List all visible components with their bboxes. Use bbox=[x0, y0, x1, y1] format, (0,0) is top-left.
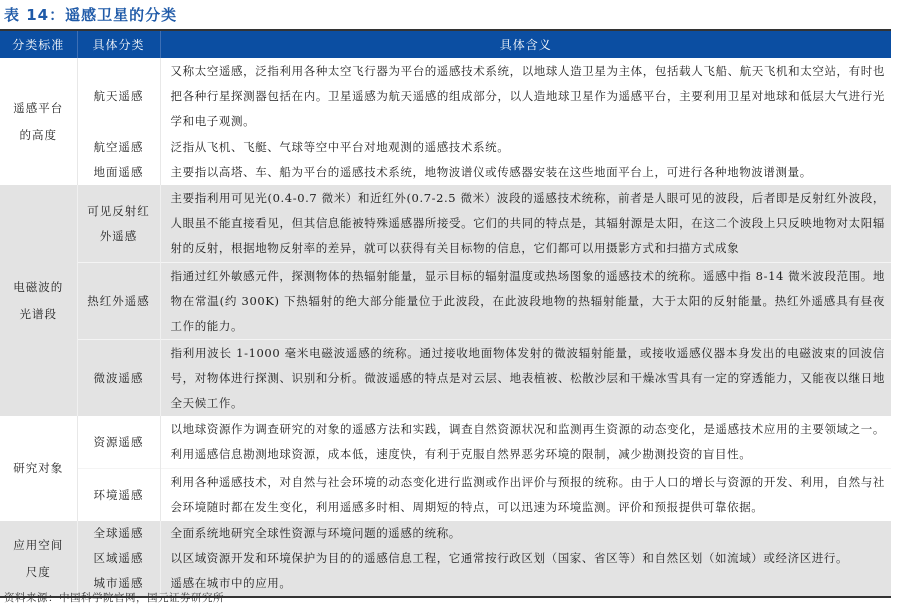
header-specific-meaning: 具体含义 bbox=[160, 31, 891, 58]
remote-sensing-classification-table: 分类标准 具体分类 具体含义 遥感平台 的高度 航天遥感 又称太空遥感，泛指利用… bbox=[0, 31, 891, 596]
definition-cell: 以区域资源开发和环境保护为目的的遥感信息工程，它通常按行政区划（国家、省区等）和… bbox=[160, 546, 891, 571]
category-label-line: 外遥感 bbox=[100, 224, 138, 249]
category-cell: 全球遥感 bbox=[77, 521, 160, 546]
table-row: 热红外遥感 指通过红外敏感元件，探测物体的热辐射能量，显示目标的辐射温度或热场图… bbox=[0, 263, 891, 340]
table-row: 地面遥感 主要指以高塔、车、船为平台的遥感技术系统，地物波谱仪或传感器安装在这些… bbox=[0, 160, 891, 185]
header-specific-category: 具体分类 bbox=[77, 31, 160, 58]
category-cell: 航天遥感 bbox=[77, 58, 160, 135]
table-row: 微波遥感 指利用波长 1-1000 毫米电磁波遥感的统称。通过接收地面物体发射的… bbox=[0, 340, 891, 417]
category-cell: 区域遥感 bbox=[77, 546, 160, 571]
table-row: 遥感平台 的高度 航天遥感 又称太空遥感，泛指利用各种太空飞行器为平台的遥感技术… bbox=[0, 58, 891, 135]
definition-cell: 主要指利用可见光(0.4-0.7 微米）和近红外(0.7-2.5 微米）波段的遥… bbox=[160, 185, 891, 263]
definition-cell: 遥感在城市中的应用。 bbox=[160, 571, 891, 596]
standard-cell: 研究对象 bbox=[0, 416, 77, 521]
definition-cell: 全面系统地研究全球性资源与环境问题的遥感的统称。 bbox=[160, 521, 891, 546]
header-classification-standard: 分类标准 bbox=[0, 31, 77, 58]
category-cell: 航空遥感 bbox=[77, 135, 160, 160]
classification-table-container: 分类标准 具体分类 具体含义 遥感平台 的高度 航天遥感 又称太空遥感，泛指利用… bbox=[0, 29, 891, 598]
definition-cell: 指通过红外敏感元件，探测物体的热辐射能量，显示目标的辐射温度或热场图象的遥感技术… bbox=[160, 263, 891, 340]
definition-cell: 又称太空遥感，泛指利用各种太空飞行器为平台的遥感技术系统，以地球人造卫星为主体，… bbox=[160, 58, 891, 135]
table-title: 表 14：遥感卫星的分类 bbox=[4, 4, 177, 26]
table-row: 区域遥感 以区域资源开发和环境保护为目的的遥感信息工程，它通常按行政区划（国家、… bbox=[0, 546, 891, 571]
standard-label-line: 应用空间 bbox=[13, 532, 63, 559]
table-header-row: 分类标准 具体分类 具体含义 bbox=[0, 31, 891, 58]
definition-cell: 指利用波长 1-1000 毫米电磁波遥感的统称。通过接收地面物体发射的微波辐射能… bbox=[160, 340, 891, 417]
table-row: 航空遥感 泛指从飞机、飞艇、气球等空中平台对地观测的遥感技术系统。 bbox=[0, 135, 891, 160]
table-row: 环境遥感 利用各种遥感技术，对自然与社会环境的动态变化进行监测或作出评价与预报的… bbox=[0, 469, 891, 522]
category-cell: 地面遥感 bbox=[77, 160, 160, 185]
standard-label-line: 光谱段 bbox=[20, 301, 58, 328]
table-row: 研究对象 资源遥感 以地球资源作为调查研究的对象的遥感方法和实践，调查自然资源状… bbox=[0, 416, 891, 469]
standard-label-line: 遥感平台 bbox=[13, 95, 63, 122]
definition-cell: 利用各种遥感技术，对自然与社会环境的动态变化进行监测或作出评价与预报的统称。由于… bbox=[160, 469, 891, 522]
table-row: 应用空间 尺度 全球遥感 全面系统地研究全球性资源与环境问题的遥感的统称。 bbox=[0, 521, 891, 546]
definition-cell: 主要指以高塔、车、船为平台的遥感技术系统，地物波谱仪或传感器安装在这些地面平台上… bbox=[160, 160, 891, 185]
category-cell: 资源遥感 bbox=[77, 416, 160, 469]
category-cell: 环境遥感 bbox=[77, 469, 160, 522]
standard-label-line: 电磁波的 bbox=[13, 274, 63, 301]
standard-cell: 遥感平台 的高度 bbox=[0, 58, 77, 185]
category-cell: 热红外遥感 bbox=[77, 263, 160, 340]
standard-cell: 电磁波的 光谱段 bbox=[0, 185, 77, 416]
standard-label-line: 的高度 bbox=[20, 122, 58, 149]
standard-cell: 应用空间 尺度 bbox=[0, 521, 77, 596]
source-note: 资料来源：中国科学院官网，国元证券研究所 bbox=[4, 590, 224, 605]
category-cell: 可见反射红 外遥感 bbox=[77, 185, 160, 263]
category-label-line: 可见反射红 bbox=[87, 199, 150, 224]
category-cell: 微波遥感 bbox=[77, 340, 160, 417]
definition-cell: 泛指从飞机、飞艇、气球等空中平台对地观测的遥感技术系统。 bbox=[160, 135, 891, 160]
table-row: 电磁波的 光谱段 可见反射红 外遥感 主要指利用可见光(0.4-0.7 微米）和… bbox=[0, 185, 891, 263]
definition-cell: 以地球资源作为调查研究的对象的遥感方法和实践，调查自然资源状况和监测再生资源的动… bbox=[160, 416, 891, 469]
standard-label-line: 尺度 bbox=[26, 559, 51, 586]
